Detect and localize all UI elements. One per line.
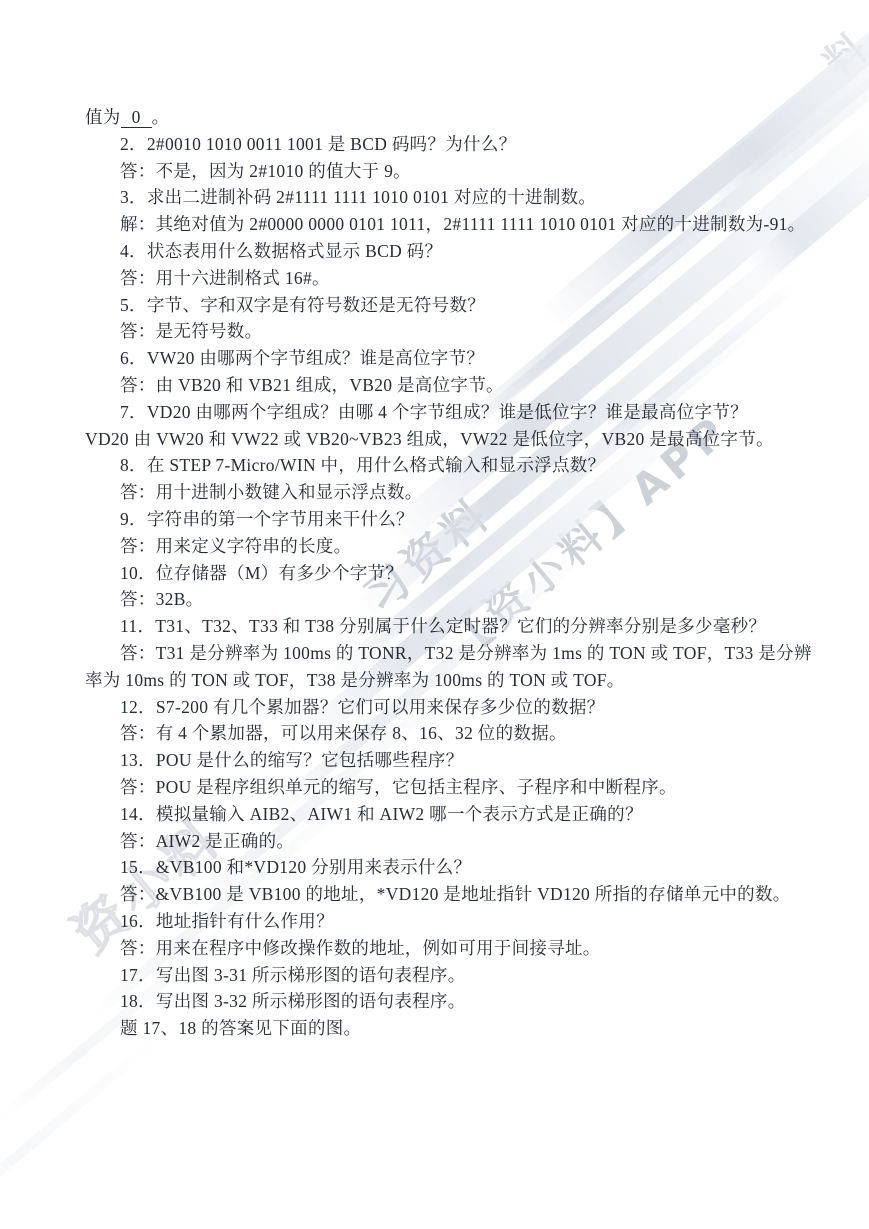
text-line: 答：用来在程序中修改操作数的地址，例如可用于间接寻址。 bbox=[85, 935, 855, 962]
fill-blank-prefix: 值为 bbox=[85, 107, 121, 127]
text-line: 7．VD20 由哪两个字组成？由哪 4 个字节组成？谁是低位字？谁是最高位字节？ bbox=[85, 399, 855, 426]
text-line: 答：由 VB20 和 VB21 组成，VB20 是高位字节。 bbox=[85, 372, 855, 399]
blank-underline-value: 0 bbox=[121, 108, 152, 128]
text-line: 9．字符串的第一个字节用来干什么？ bbox=[85, 506, 855, 533]
lines-container: 2．2#0010 1010 0011 1001 是 BCD 码吗？为什么？答：不… bbox=[85, 131, 855, 1042]
text-line: 答：有 4 个累加器，可以用来保存 8、16、32 位的数据。 bbox=[85, 720, 855, 747]
text-line: 答：32B。 bbox=[85, 586, 855, 613]
text-line: 题 17、18 的答案见下面的图。 bbox=[85, 1015, 855, 1042]
text-line: 答：用十六进制格式 16#。 bbox=[85, 265, 855, 292]
text-line: 答：用十进制小数键入和显示浮点数。 bbox=[85, 479, 855, 506]
text-line: VD20 由 VW20 和 VW22 或 VB20~VB23 组成，VW22 是… bbox=[85, 426, 855, 453]
text-line: 答：T31 是分辨率为 100ms 的 TONR，T32 是分辨率为 1ms 的… bbox=[85, 640, 855, 667]
text-line: 18．写出图 3-32 所示梯形图的语句表程序。 bbox=[85, 988, 855, 1015]
text-line: 答：&VB100 是 VB100 的地址，*VD120 是地址指针 VD120 … bbox=[85, 881, 855, 908]
document-page: 习资料 【资小料】APP 料【 资小料 值为0。 2．2#0010 1010 0… bbox=[0, 0, 869, 1229]
text-line: 8．在 STEP 7-Micro/WIN 中，用什么格式输入和显示浮点数？ bbox=[85, 452, 855, 479]
fill-blank-line: 值为0。 bbox=[85, 104, 855, 131]
text-line: 16．地址指针有什么作用？ bbox=[85, 908, 855, 935]
text-line: 17．写出图 3-31 所示梯形图的语句表程序。 bbox=[85, 962, 855, 989]
brush-stroke bbox=[0, 1033, 163, 1208]
text-line: 5．字节、字和双字是有符号数还是无符号数？ bbox=[85, 292, 855, 319]
text-line: 15．&VB100 和*VD120 分别用来表示什么？ bbox=[85, 854, 855, 881]
text-line: 12．S7-200 有几个累加器？它们可以用来保存多少位的数据？ bbox=[85, 694, 855, 721]
text-line: 解：其绝对值为 2#0000 0000 0101 1011，2#1111 111… bbox=[85, 211, 855, 238]
text-line: 答：是无符号数。 bbox=[85, 318, 855, 345]
text-line: 6．VW20 由哪两个字节组成？谁是高位字节？ bbox=[85, 345, 855, 372]
text-line: 答：不是，因为 2#1010 的值大于 9。 bbox=[85, 158, 855, 185]
text-line: 答：POU 是程序组织单元的缩写，它包括主程序、子程序和中断程序。 bbox=[85, 774, 855, 801]
text-line: 14．模拟量输入 AIB2、AIW1 和 AIW2 哪一个表示方式是正确的？ bbox=[85, 801, 855, 828]
text-line: 10．位存储器（M）有多少个字节？ bbox=[85, 560, 855, 587]
text-line: 率为 10ms 的 TON 或 TOF，T38 是分辨率为 100ms 的 TO… bbox=[85, 667, 855, 694]
text-line: 11．T31、T32、T33 和 T38 分别属于什么定时器？它们的分辨率分别是… bbox=[85, 613, 855, 640]
text-line: 3．求出二进制补码 2#1111 1111 1010 0101 对应的十进制数。 bbox=[85, 184, 855, 211]
fill-blank-suffix: 。 bbox=[152, 107, 170, 127]
text-line: 4．状态表用什么数据格式显示 BCD 码？ bbox=[85, 238, 855, 265]
text-line: 2．2#0010 1010 0011 1001 是 BCD 码吗？为什么？ bbox=[85, 131, 855, 158]
document-body: 值为0。 2．2#0010 1010 0011 1001 是 BCD 码吗？为什… bbox=[85, 104, 855, 1042]
text-line: 答：用来定义字符串的长度。 bbox=[85, 533, 855, 560]
text-line: 13．POU 是什么的缩写？它包括哪些程序？ bbox=[85, 747, 855, 774]
text-line: 答：AIW2 是正确的。 bbox=[85, 828, 855, 855]
